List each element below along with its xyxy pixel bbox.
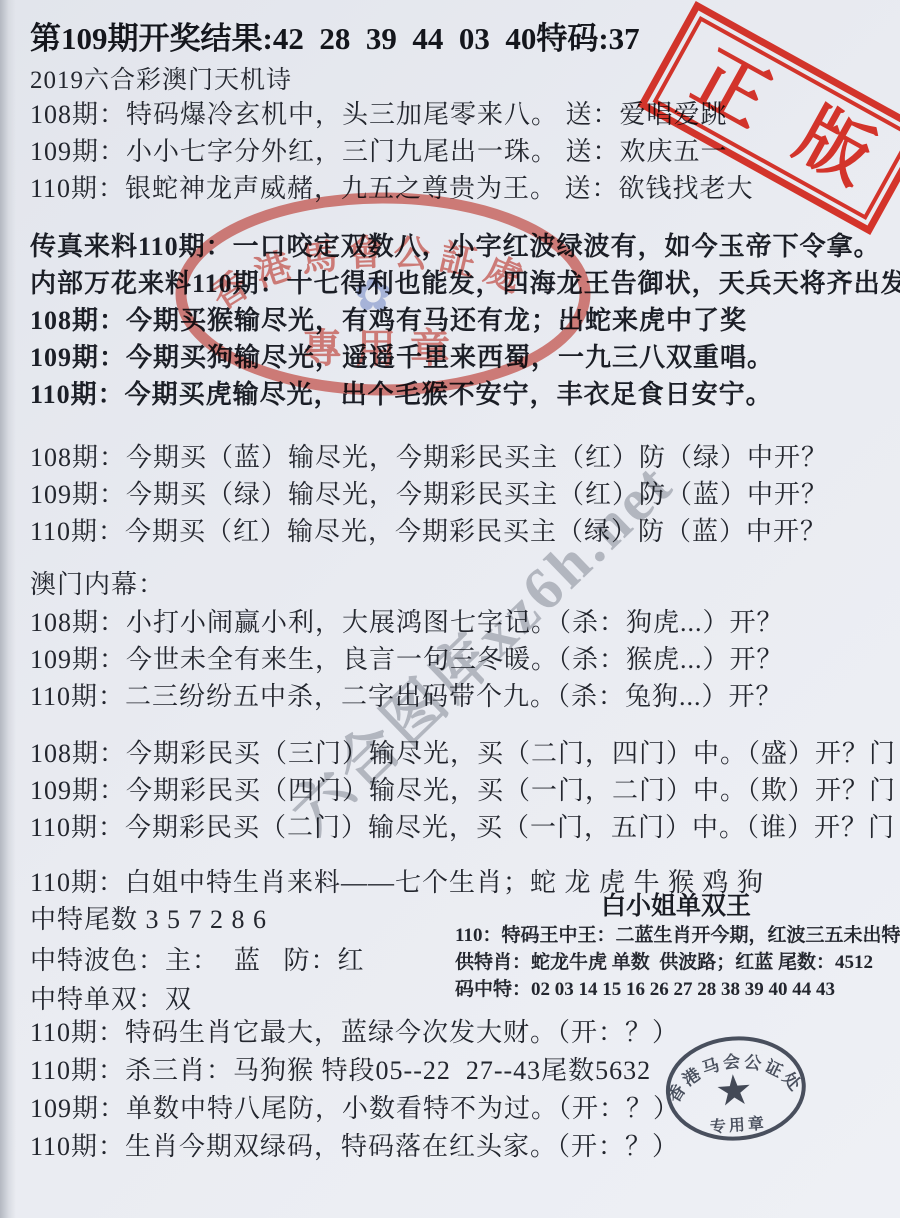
fax-line: 传真来料110期：一口咬定双数八，小字红波绿波有，如今玉帝下令拿。 (30, 226, 894, 263)
king-tip-line: 110：特码王中王：二蓝生肖开今期，红波三五未出特 (455, 922, 897, 949)
baixiaojie-title: 白小姐单双王 (455, 886, 897, 922)
color-bet-line: 109期：今期买（绿）输尽光，今期彩民买主（红）防（蓝）中开？ (30, 474, 894, 511)
gate-bet-section: 108期：今期彩民买（三门）输尽光，买（二门，四门）中。（盛）开？门 109期：… (30, 733, 894, 844)
fax-line: 内部万花来料110期：十七得利也能发，四海龙王告御状，天兵天将齐出发。 (30, 263, 894, 300)
gate-bet-line: 109期：今期彩民买（四门）输尽光，买（一门，二门）中。（欺）开？门 (30, 770, 894, 807)
star-icon: ★ (714, 1067, 755, 1116)
scan-edge-shadow (0, 0, 16, 1218)
fax-line: 109期：今期买狗输尽光，遥遥千里来西蜀，一九三八双重唱。 (30, 337, 894, 374)
stamp-char-zheng: 正 (682, 40, 780, 138)
numbers-line: 码中特：02 03 14 15 16 26 27 28 38 39 40 44 … (455, 976, 897, 1003)
color-bet-section: 108期：今期买（蓝）输尽光，今期彩民买主（红）防（绿）中开？ 109期：今期买… (30, 437, 894, 548)
color-bet-line: 110期：今期买（红）输尽光，今期彩民买主（绿）防（蓝）中开？ (30, 511, 894, 548)
notary-office-seal: 香港马会公证处 ★ 专用章 (654, 1022, 832, 1159)
dark-seal-bottom-text: 专用章 (709, 1113, 767, 1136)
gate-bet-line: 110期：今期彩民买（二门）输尽光，买（一门，五门）中。（谁）开？门 (30, 807, 894, 844)
fax-line: 108期：今期买猴输尽光，有鸡有马还有龙；出蛇来虎中了奖 (30, 300, 894, 337)
baixiaojie-panel: 白小姐单双王 110：特码王中王：二蓝生肖开今期，红波三五未出特 供特肖：蛇龙牛… (455, 886, 897, 1003)
gate-bet-line: 108期：今期彩民买（三门）输尽光，买（二门，四门）中。（盛）开？门 (30, 733, 894, 770)
stamp-char-ban: 版 (786, 98, 884, 196)
fax-line: 110期：今期买虎输尽光，出个毛猴不安宁，丰衣足食日安宁。 (30, 374, 894, 411)
fax-tips-section: 传真来料110期：一口咬定双数八，小字红波绿波有，如今玉帝下令拿。 内部万花来料… (30, 226, 894, 411)
scanned-lottery-sheet: 第109期开奖结果:42 28 39 44 03 40特码:37 2019六合彩… (0, 0, 900, 1218)
zodiac-wave-line: 供特肖：蛇龙牛虎 单数 供波路；红蓝 尾数：4512 (455, 949, 897, 976)
macau-insider-title: 澳门内幕： (30, 566, 894, 603)
color-bet-line: 108期：今期买（蓝）输尽光，今期彩民买主（红）防（绿）中开？ (30, 437, 894, 474)
